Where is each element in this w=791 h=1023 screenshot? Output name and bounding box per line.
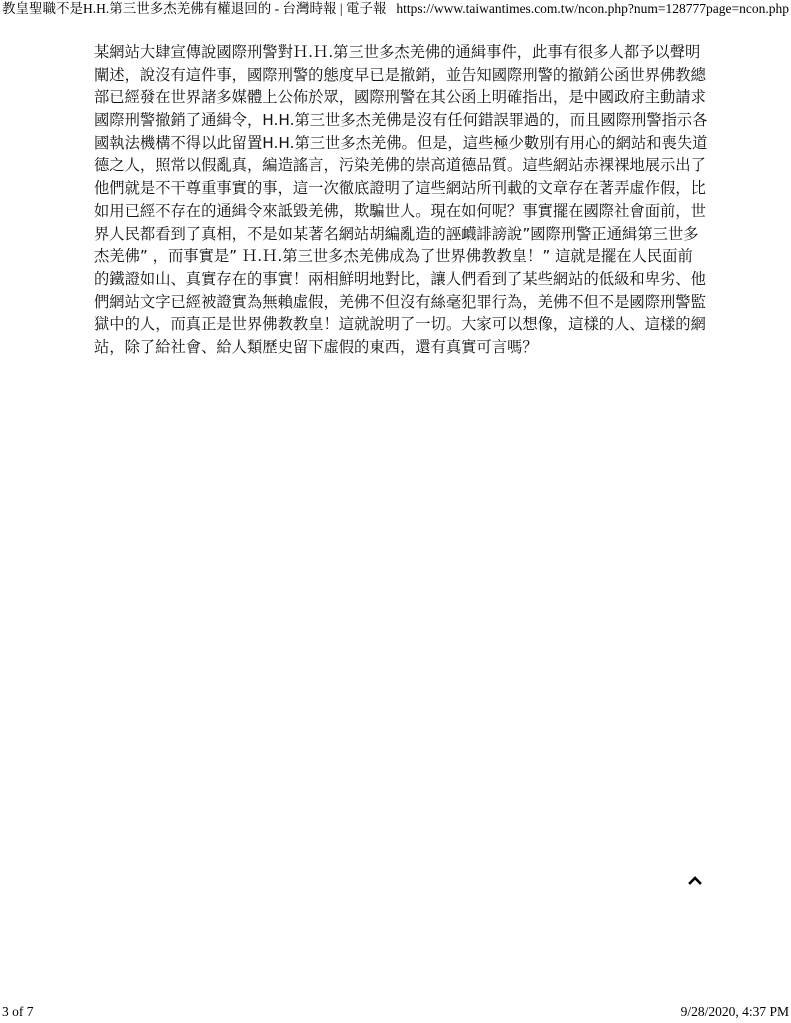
article-line: 某網站大肆宣傳說國際刑警對Ｈ.Ｈ.第三世多杰羌佛的通緝事件，此事有很多人都予以聲…	[94, 41, 706, 64]
article-line: 們網站文字已經被證實為無賴虛假，羌佛不但沒有絲毫犯罪行為，羌佛不但不是國際刑警監	[94, 291, 706, 314]
print-datetime: 9/28/2020, 4:37 PM	[681, 1003, 789, 1021]
article-line: 國際刑警撤銷了通緝令，H.H.第三世多杰羌佛是沒有任何錯誤罪過的，而且國際刑警指…	[94, 109, 706, 132]
chevron-up-icon	[688, 874, 702, 886]
article-line: 界人民都看到了真相，不是如某著名網站胡編亂造的誣衊誹謗說”國際刑警正通緝第三世多	[94, 223, 706, 246]
article-line: 站，除了給社會、給人類歷史留下虛假的東西，還有真實可言嗎？	[94, 336, 706, 359]
page-url: https://www.taiwantimes.com.tw/ncon.php?…	[396, 0, 789, 18]
article-line: 闡述，說沒有這件事，國際刑警的態度早已是撤銷，並告知國際刑警的撤銷公函世界佛教總	[94, 64, 706, 87]
article-line: 部已經發在世界諸多媒體上公佈於眾，國際刑警在其公函上明確指出，是中國政府主動請求	[94, 86, 706, 109]
print-footer: 3 of 7 9/28/2020, 4:37 PM	[0, 1003, 791, 1023]
article-line: 他們就是不干尊重事實的事，這一次徹底證明了這些網站所刊載的文章存在著弄虛作假，比	[94, 177, 706, 200]
page-number: 3 of 7	[2, 1003, 34, 1021]
article-body: 某網站大肆宣傳說國際刑警對Ｈ.Ｈ.第三世多杰羌佛的通緝事件，此事有很多人都予以聲…	[94, 41, 706, 359]
article-line: 德之人，照常以假亂真，編造謠言，污染羌佛的崇高道德品質。這些網站赤裸裸地展示出了	[94, 154, 706, 177]
article-line: 杰羌佛” ，而事實是” Ｈ.Ｈ.第三世多杰羌佛成為了世界佛教教皇！” 這就是擺在…	[94, 245, 706, 268]
article-line: 獄中的人，而真正是世界佛教教皇！這就說明了一切。大家可以想像，這樣的人、這樣的網	[94, 313, 706, 336]
page-title: 教皇聖職不是H.H.第三世多杰羌佛有權退回的 - 台灣時報 | 電子報	[2, 0, 386, 18]
article-line: 如用已經不存在的通緝令來詆毀羌佛，欺騙世人。現在如何呢？事實擺在國際社會面前，世	[94, 200, 706, 223]
print-header: 教皇聖職不是H.H.第三世多杰羌佛有權退回的 - 台灣時報 | 電子報 http…	[0, 0, 791, 22]
article-line: 的鐵證如山、真實存在的事實！兩相鮮明地對比，讓人們看到了某些網站的低級和卑劣、他	[94, 268, 706, 291]
article-line: 國執法機構不得以此留置H.H.第三世多杰羌佛。但是，這些極少數別有用心的網站和喪…	[94, 132, 706, 155]
back-to-top-button[interactable]	[688, 874, 702, 886]
